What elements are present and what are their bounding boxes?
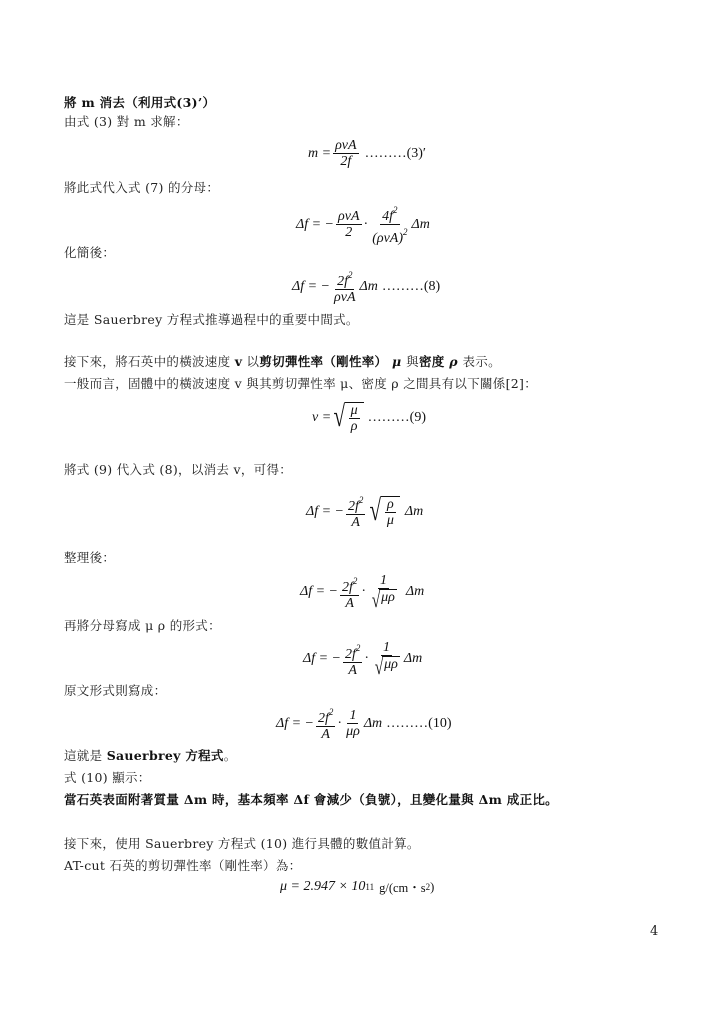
fraction: 1 √μρ (368, 573, 399, 611)
eq-lhs: Δf = − (296, 217, 334, 233)
equation-8: Δf = − 2f2 ρvA Δm ……… (8) (292, 268, 440, 305)
denominator: 2f (338, 154, 353, 169)
numerator: 2f2 (343, 641, 362, 663)
numerator: 2f2 (340, 574, 359, 596)
text-line: 整理後： (64, 550, 115, 566)
text-span: 表示。 (462, 354, 500, 369)
text-line: 再將分母寫成 μ ρ 的形式： (64, 618, 221, 634)
denominator: A (346, 663, 359, 678)
text-line: 化簡後： (64, 245, 115, 261)
section-heading: 將 m 消去（利用式(3)’） (64, 95, 215, 111)
denominator: A (319, 727, 332, 742)
variable-mu: μ (387, 354, 406, 369)
unit: g/(cm・s (379, 878, 426, 896)
bold-term: 密度 (419, 354, 445, 369)
equation-label: (8) (424, 279, 440, 295)
eq-lhs: Δf = − (303, 651, 341, 667)
unit-close: ) (430, 880, 434, 895)
text-line: 由式 (3) 對 m 求解： (64, 114, 189, 130)
eq-lhs: Δf = − (276, 716, 314, 732)
square-root: √ μ ρ (331, 402, 364, 434)
numerator: 1 (347, 708, 358, 724)
equation-substitution: Δf = − ρvA 2 · 4f2 (ρvA)2 Δm (296, 203, 430, 246)
denominator: ρvA (332, 290, 358, 305)
text-line: AT-cut 石英的剪切彈性率（剛性率）為： (64, 858, 301, 874)
numerator: ρvA (333, 138, 359, 154)
key-statement: 當石英表面附著質量 Δm 時，基本頻率 Δf 會減少（負號），且變化量與 Δm … (64, 792, 558, 808)
leader-dots: ……… (368, 410, 410, 426)
fraction: 2f2 A (316, 705, 335, 742)
leader-dots: ……… (386, 716, 428, 732)
text-span: 以 (242, 354, 259, 369)
page-number: 4 (650, 924, 658, 939)
eq-lhs: Δf = − (300, 584, 338, 600)
radical-sign: √ (334, 402, 346, 434)
text-line: 接下來，使用 Sauerbrey 方程式 (10) 進行具體的數值計算。 (64, 836, 420, 852)
bold-term: Sauerbrey 方程式 (107, 748, 224, 763)
radicand: μ ρ (345, 402, 364, 434)
text-span: 接下來，將石英中的橫波速度 (64, 354, 235, 369)
text-span: 這就是 (64, 748, 107, 763)
fraction: 2f2 A (340, 574, 359, 611)
fraction: 2f2 A (343, 641, 362, 678)
denominator: √μρ (368, 589, 399, 611)
equation-label: (10) (428, 716, 451, 732)
leader-dots: ……… (382, 279, 424, 295)
text-line: 將式 (9) 代入式 (8)，以消去 v，可得： (64, 462, 292, 478)
fraction: ρvA 2f (333, 138, 359, 169)
eq-rhs: Δm (405, 504, 423, 520)
eq-lhs: Δf = − (292, 279, 330, 295)
numerator: 2f2 (335, 268, 354, 290)
equation-mu-value: μ = 2.947 × 1011 g/(cm・s2) (280, 878, 434, 896)
text-line: 一般而言，固體中的橫波速度 v 與其剪切彈性率 μ、密度 ρ 之間具有以下關係[… (64, 376, 537, 392)
text-span: 。 (224, 748, 237, 763)
equation-9: v = √ μ ρ ……… (9) (312, 402, 426, 434)
fraction: 2f2 A (346, 493, 365, 530)
radicand: μρ (379, 589, 397, 611)
radical-sign: √ (370, 496, 382, 528)
radicand: ρ μ (381, 496, 400, 528)
denominator: μρ (344, 724, 362, 739)
radical-sign: √ (372, 589, 380, 611)
equation-step-c: Δf = − 2f2 A · 1 √μρ Δm (303, 640, 422, 678)
dot-operator: · (361, 584, 366, 600)
denominator: A (349, 515, 362, 530)
dot-operator: · (364, 651, 369, 667)
denominator: 2 (343, 225, 354, 240)
equation-10: Δf = − 2f2 A · 1 μρ Δm ……… (10) (276, 705, 451, 742)
text-line: 接下來，將石英中的橫波速度 v 以剪切彈性率（剛性率） μ 與密度 ρ 表示。 (64, 354, 501, 370)
equation-step-b: Δf = − 2f2 A · 1 √μρ Δm (300, 573, 424, 611)
equation-label: (3)′ (407, 146, 426, 162)
numerator: ρvA (336, 209, 362, 225)
square-root: √ ρ μ (367, 496, 400, 528)
denominator: μ (385, 513, 396, 528)
eq-rhs: Δm (406, 584, 424, 600)
numerator: 2f2 (316, 705, 335, 727)
exponent: 11 (365, 882, 374, 892)
fraction: μ ρ (349, 403, 360, 434)
numerator: 4f2 (380, 203, 399, 225)
leader-dots: ……… (365, 146, 407, 162)
eq-lhs: m = (308, 146, 331, 162)
eq-rhs: Δm (412, 217, 430, 233)
radical-sign: √ (375, 656, 383, 678)
text-line: 將此式代入式 (7) 的分母： (64, 180, 219, 196)
numerator: μ (349, 403, 360, 419)
denominator: A (343, 596, 356, 611)
text-line: 原文形式則寫成： (64, 683, 166, 699)
dot-operator: · (364, 217, 369, 233)
text-line: 這是 Sauerbrey 方程式推導過程中的重要中間式。 (64, 312, 359, 328)
variable-rho: ρ (445, 354, 463, 369)
eq-lhs: Δf = − (306, 504, 344, 520)
numerator: ρ (385, 497, 396, 513)
fraction: ρvA 2 (336, 209, 362, 240)
fraction: 2f2 ρvA (332, 268, 358, 305)
radicand: μρ (382, 656, 400, 678)
eq-rhs: Δm (360, 279, 378, 295)
text-span: 與 (406, 354, 419, 369)
denominator: √μρ (371, 656, 402, 678)
fraction: 1 μρ (344, 708, 362, 739)
fraction: ρ μ (385, 497, 396, 528)
text-line: 式 (10) 顯示： (64, 770, 151, 786)
eq-rhs: Δm (364, 716, 382, 732)
equation-label: (9) (410, 410, 426, 426)
fraction: 4f2 (ρvA)2 (370, 203, 409, 246)
equation-3-prime: m = ρvA 2f ……… (3)′ (308, 138, 426, 169)
fraction: 1 √μρ (371, 640, 402, 678)
eq-lhs: v = (312, 410, 331, 426)
equation-step-a: Δf = − 2f2 A √ ρ μ Δm (306, 493, 423, 530)
numerator: 2f2 (346, 493, 365, 515)
denominator: (ρvA)2 (370, 225, 409, 246)
bold-term: 剪切彈性率（剛性率） (259, 354, 387, 369)
text-line: 這就是 Sauerbrey 方程式。 (64, 748, 237, 764)
denominator: ρ (349, 419, 360, 434)
eq-lhs: μ = 2.947 × 10 (280, 879, 365, 895)
eq-rhs: Δm (404, 651, 422, 667)
dot-operator: · (337, 716, 342, 732)
